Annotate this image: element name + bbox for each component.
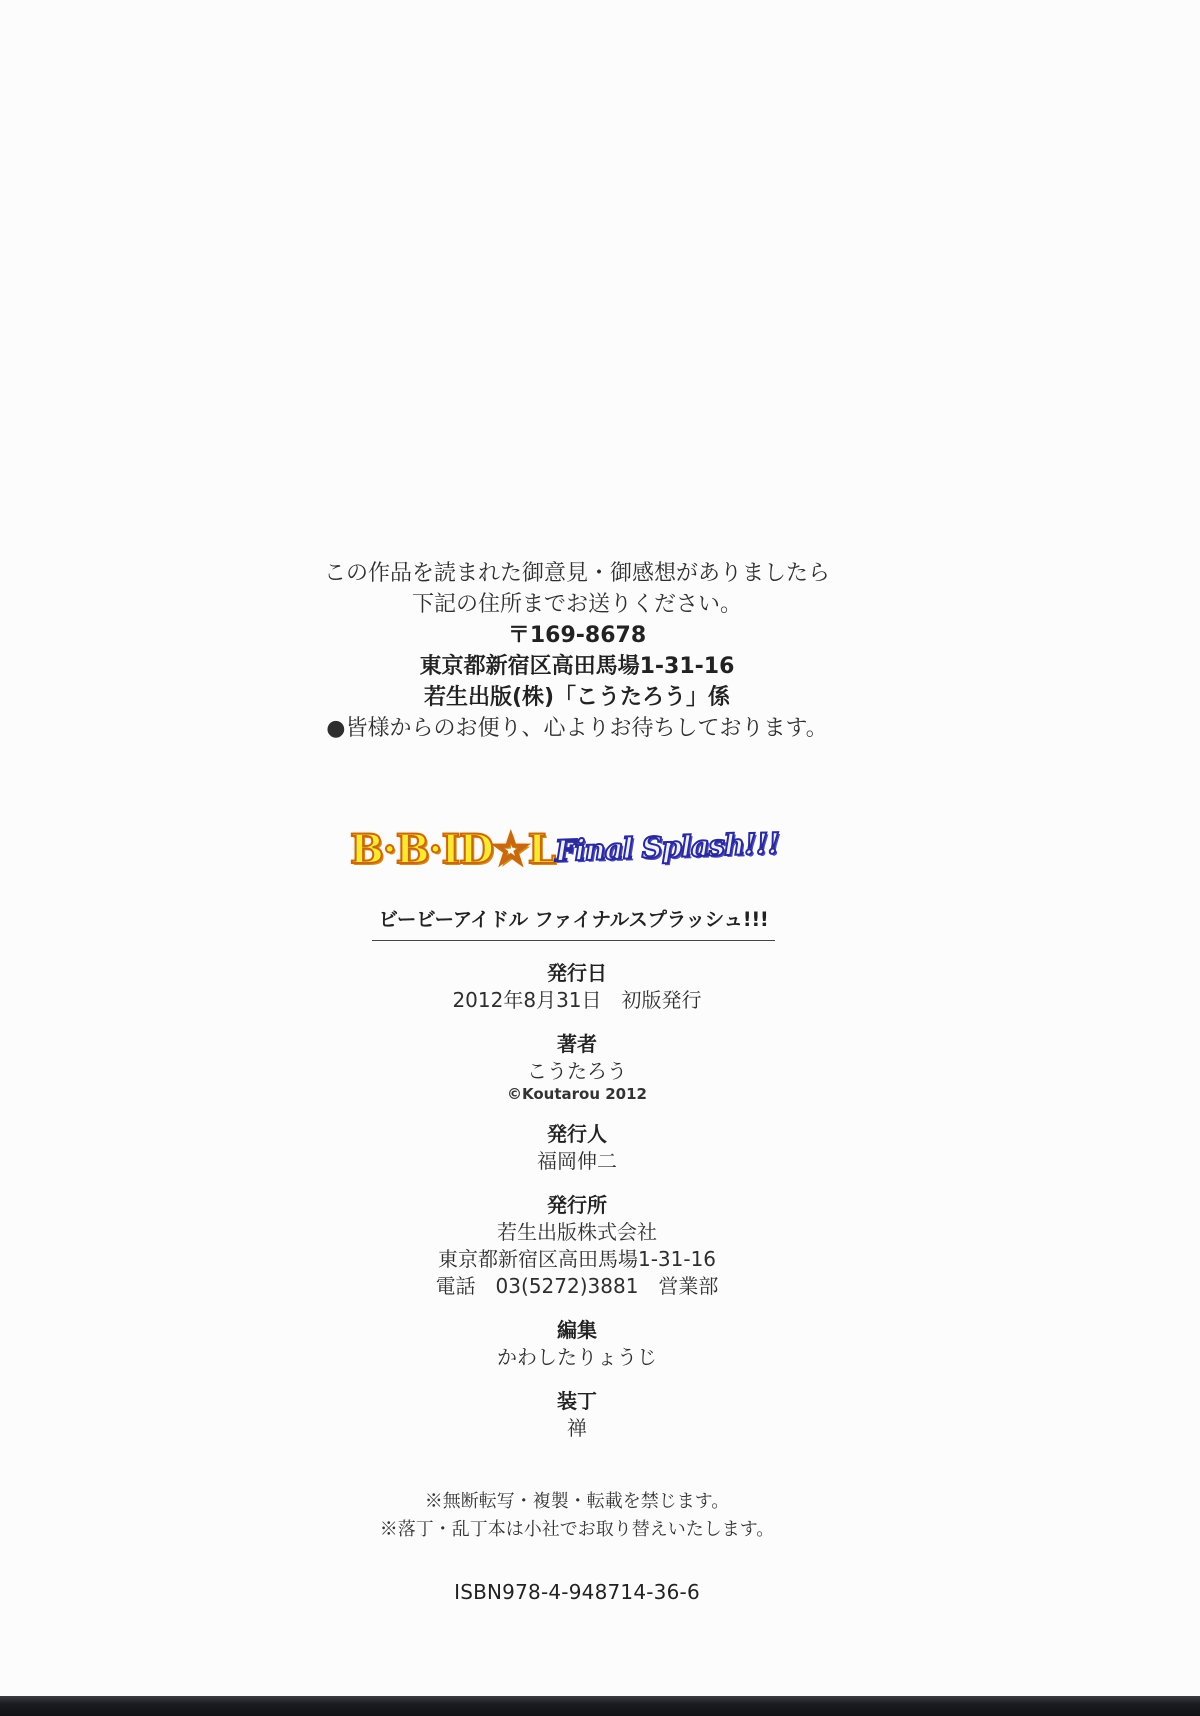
publisher-company: 若生出版株式会社 [277,1219,877,1246]
designer-name: 禅 [277,1415,877,1442]
feedback-line-2: 下記の住所までお送りください。 [277,589,877,620]
publisher-person-name: 福岡伸二 [277,1148,877,1175]
publisher-address: 東京都新宿区高田馬場1-31-16 [277,1246,877,1273]
postal-code: 〒169-8678 [277,620,877,651]
section-heading: 装丁 [277,1388,877,1415]
colophon: 発行日 2012年8月31日 初版発行 著者 こうたろう ©Koutarou 2… [277,960,877,1459]
section-heading: 発行所 [277,1192,877,1219]
copyright-notice: ©Koutarou 2012 [277,1085,877,1104]
feedback-closing: ●皆様からのお便り、心よりお待ちしております。 [277,713,877,744]
section-design: 装丁 禅 [277,1388,877,1442]
publication-date-value: 2012年8月31日 初版発行 [277,987,877,1014]
feedback-line-1: この作品を読まれた御意見・御感想がありましたら [277,558,877,589]
feedback-block: この作品を読まれた御意見・御感想がありましたら 下記の住所までお送りください。 … [277,558,877,744]
notice-no-reproduction: ※無断転写・複製・転載を禁じます。 [277,1488,877,1516]
section-heading: 発行日 [277,960,877,987]
legal-notices: ※無断転写・複製・転載を禁じます。 ※落丁・乱丁本は小社でお取り替えいたします。 [277,1488,877,1544]
notice-replacement: ※落丁・乱丁本は小社でお取り替えいたします。 [277,1516,877,1544]
logo-bb-idol-text-a: B·B·ID [350,826,493,873]
section-author: 著者 こうたろう ©Koutarou 2012 [277,1031,877,1104]
section-heading: 編集 [277,1317,877,1344]
isbn: ISBN978-4-948714-36-6 [277,1580,877,1604]
mailing-address: 東京都新宿区高田馬場1-31-16 [277,651,877,682]
section-heading: 著者 [277,1031,877,1058]
section-publisher: 発行所 若生出版株式会社 東京都新宿区高田馬場1-31-16 電話 03(527… [277,1192,877,1300]
editor-name: かわしたりょうじ [277,1344,877,1371]
section-editor: 編集 かわしたりょうじ [277,1317,877,1371]
star-icon: ☆ [493,826,528,873]
logo-bb-idol: B·B·ID☆L [350,826,555,873]
title-divider [372,940,775,941]
title-logo: B·B·ID☆L Final Splash!!! [350,826,800,874]
scan-edge [0,1696,1200,1716]
section-publisher-person: 発行人 福岡伸二 [277,1121,877,1175]
logo-final-splash: Final Splash!!! [554,826,779,868]
book-title: ビービーアイドル ファイナルスプラッシュ!!! [372,904,775,932]
logo-bb-idol-text-b: L [528,826,555,873]
mailing-recipient: 若生出版(株)「こうたろう」係 [277,682,877,713]
publisher-phone: 電話 03(5272)3881 営業部 [277,1273,877,1300]
section-publication-date: 発行日 2012年8月31日 初版発行 [277,960,877,1014]
author-name: こうたろう [277,1058,877,1085]
section-heading: 発行人 [277,1121,877,1148]
